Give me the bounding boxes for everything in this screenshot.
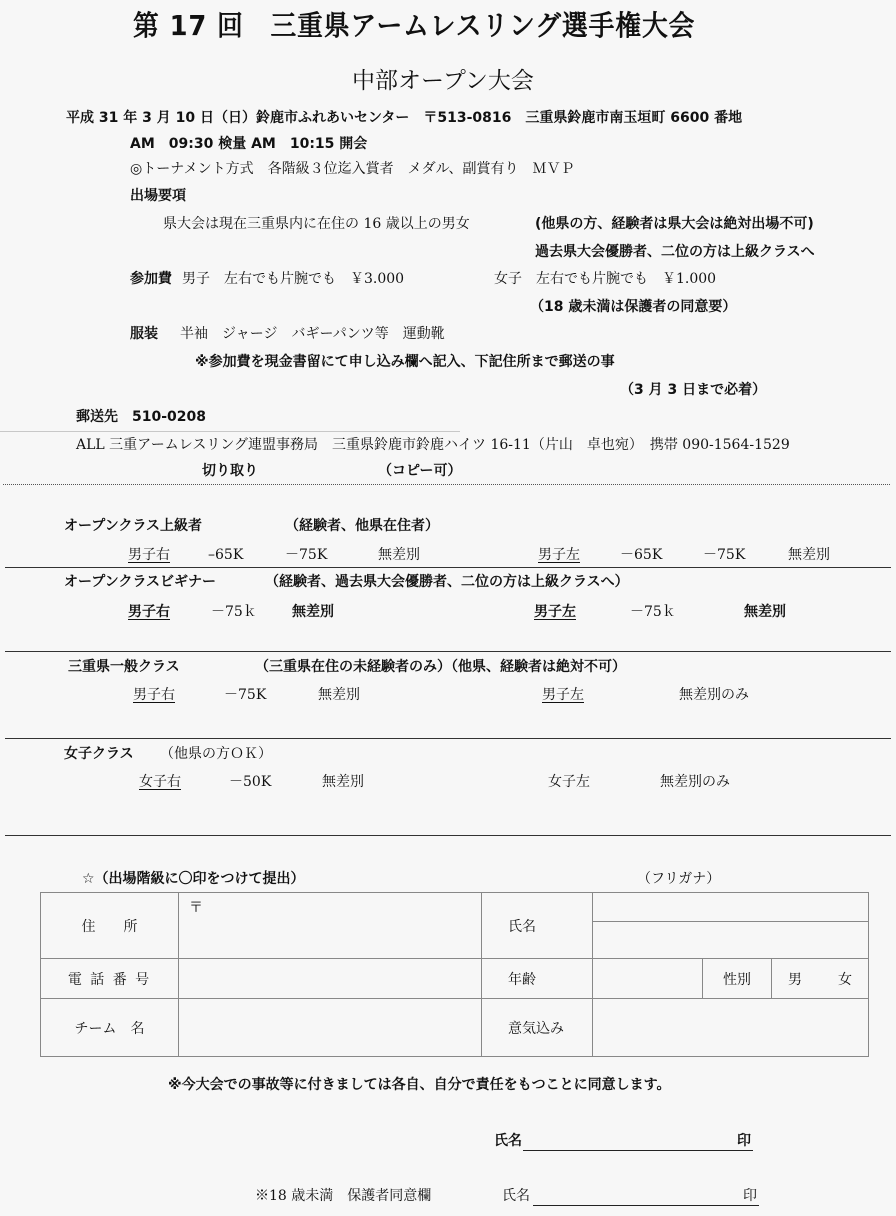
attire-label: 服装 [130,325,158,343]
class-left-weight[interactable]: －75K [703,546,745,564]
class-divider [5,651,891,652]
class-right-weight[interactable]: 無差別 [318,686,360,704]
mailing-address: ALL 三重アームレスリング連盟事務局 三重県鈴鹿市鈴鹿ハイツ 16-11（片山… [76,436,790,454]
team-label: チーム 名 [40,998,179,1057]
class-title: 女子クラス [64,745,134,763]
class-left-label: 男子左 [542,686,584,704]
class-left-weight[interactable]: 無差別のみ [679,686,749,704]
class-left-label: 男子左 [538,546,580,564]
class-right-weight[interactable]: －50K [229,773,271,791]
class-right-weight[interactable]: －75K [224,686,266,704]
age-label: 年齢 [481,958,593,999]
fee-female: 女子 左右でも片腕でも ￥1.000 [494,270,716,288]
fee-male: 男子 左右でも片腕でも ￥3.000 [182,270,404,288]
cut-label: 切り取り [202,462,258,480]
seal-label: 印 [737,1132,751,1150]
name-label: 氏名 [481,892,593,959]
event-schedule: AM 09:30 検量 AM 10:15 開会 [130,135,367,153]
cut-line [3,484,890,485]
class-note: （経験者、過去県大会優勝者、二位の方は上級クラスへ） [265,573,629,591]
class-note: （三重県在住の未経験者のみ）（他県、経験者は絶対不可） [255,658,626,676]
class-right-weight[interactable]: 無差別 [378,546,420,564]
class-left-weight[interactable]: －65K [620,546,662,564]
postal-mark: 〒 [189,897,203,917]
class-title: 三重県一般クラス [68,658,180,676]
furigana-input[interactable] [592,892,869,922]
class-right-label: 男子右 [128,546,170,564]
eligibility-note: (他県の方、経験者は県大会は絶対出場不可) [535,215,814,233]
motivation-input[interactable] [592,998,869,1057]
mailing-label: 郵送先 510-0208 [76,408,206,426]
requirements-heading: 出場要項 [130,187,186,205]
class-divider [5,835,891,836]
name-input[interactable] [592,921,869,959]
team-input[interactable] [178,998,482,1057]
guardian-signature-line[interactable] [533,1205,759,1206]
guardian-label: ※18 歳未満 保護者同意欄 [255,1187,431,1205]
address-label: 住 所 [40,892,179,959]
attire-text: 半袖 ジャージ バギーパンツ等 運動靴 [180,325,445,343]
class-right-weight[interactable]: －75K [285,546,327,564]
class-right-weight[interactable]: 無差別 [322,773,364,791]
gender-male-option[interactable]: 男 [788,969,802,989]
class-note: （経験者、他県在住者） [285,517,439,535]
class-left-weight[interactable]: 無差別のみ [660,773,730,791]
class-right-label: 男子右 [133,686,175,704]
gender-label: 性別 [702,958,772,999]
form-instruction: ☆（出場階級に〇印をつけて提出） [82,870,305,888]
class-right-weight[interactable]: －75ｋ [211,603,257,621]
class-right-weight[interactable]: –65K [208,546,243,564]
furigana-label: （フリガナ） [637,870,720,888]
class-divider [5,567,891,568]
consent-statement: ※今大会での事故等に付きましては各自、自分で責任をもつことに同意します。 [168,1076,671,1094]
class-note: （他県の方ＯＫ） [160,745,272,763]
address-input[interactable]: 〒 [178,892,482,959]
class-left-label: 女子左 [548,773,590,791]
guardian-seal-label: 印 [743,1187,757,1205]
eligibility-text: 県大会は現在三重県内に在住の 16 歳以上の男女 [163,215,470,233]
page-title: 第 17 回 三重県アームレスリング選手権大会 [133,4,695,44]
class-right-label: 男子右 [128,603,170,621]
signature-line[interactable] [523,1150,753,1151]
event-format: ◎トーナメント方式 各階級３位迄入賞者 メダル、副賞有り ＭＶＰ [130,160,575,178]
copy-label: （コピー可） [378,462,461,480]
phone-input[interactable] [178,958,482,999]
eligibility-note-2: 過去県大会優勝者、二位の方は上級クラスへ [535,243,815,261]
class-title: オープンクラス上級者 [64,517,202,535]
scan-artifact-line [0,431,460,432]
gender-options: 男 女 [771,958,869,999]
class-left-weight[interactable]: 無差別 [788,546,830,564]
motivation-label: 意気込み [481,998,593,1057]
fee-label: 参加費 [130,270,172,288]
class-left-label: 男子左 [534,603,576,621]
class-left-weight[interactable]: 無差別 [744,603,786,621]
class-title: オープンクラスビギナー [64,573,216,591]
fee-note: （18 歳未満は保護者の同意要） [530,298,736,316]
event-date-venue: 平成 31 年 3 月 10 日（日）鈴鹿市ふれあいセンター 〒513-0816… [66,109,742,127]
gender-female-option[interactable]: 女 [838,969,852,989]
class-right-weight[interactable]: 無差別 [292,603,334,621]
deadline: （3 月 3 日まで必着） [620,381,766,399]
sign-label: 氏名 [494,1132,522,1150]
phone-label: 電 話 番 号 [40,958,179,999]
guardian-sign-label: 氏名 [502,1187,530,1205]
age-input[interactable] [592,958,703,999]
class-right-label: 女子右 [139,773,181,791]
class-divider [5,738,891,739]
page-subtitle: 中部オープン大会 [352,62,534,95]
mail-note: ※参加費を現金書留にて申し込み欄へ記入、下記住所まで郵送の事 [195,353,615,371]
class-left-weight[interactable]: －75ｋ [630,603,676,621]
